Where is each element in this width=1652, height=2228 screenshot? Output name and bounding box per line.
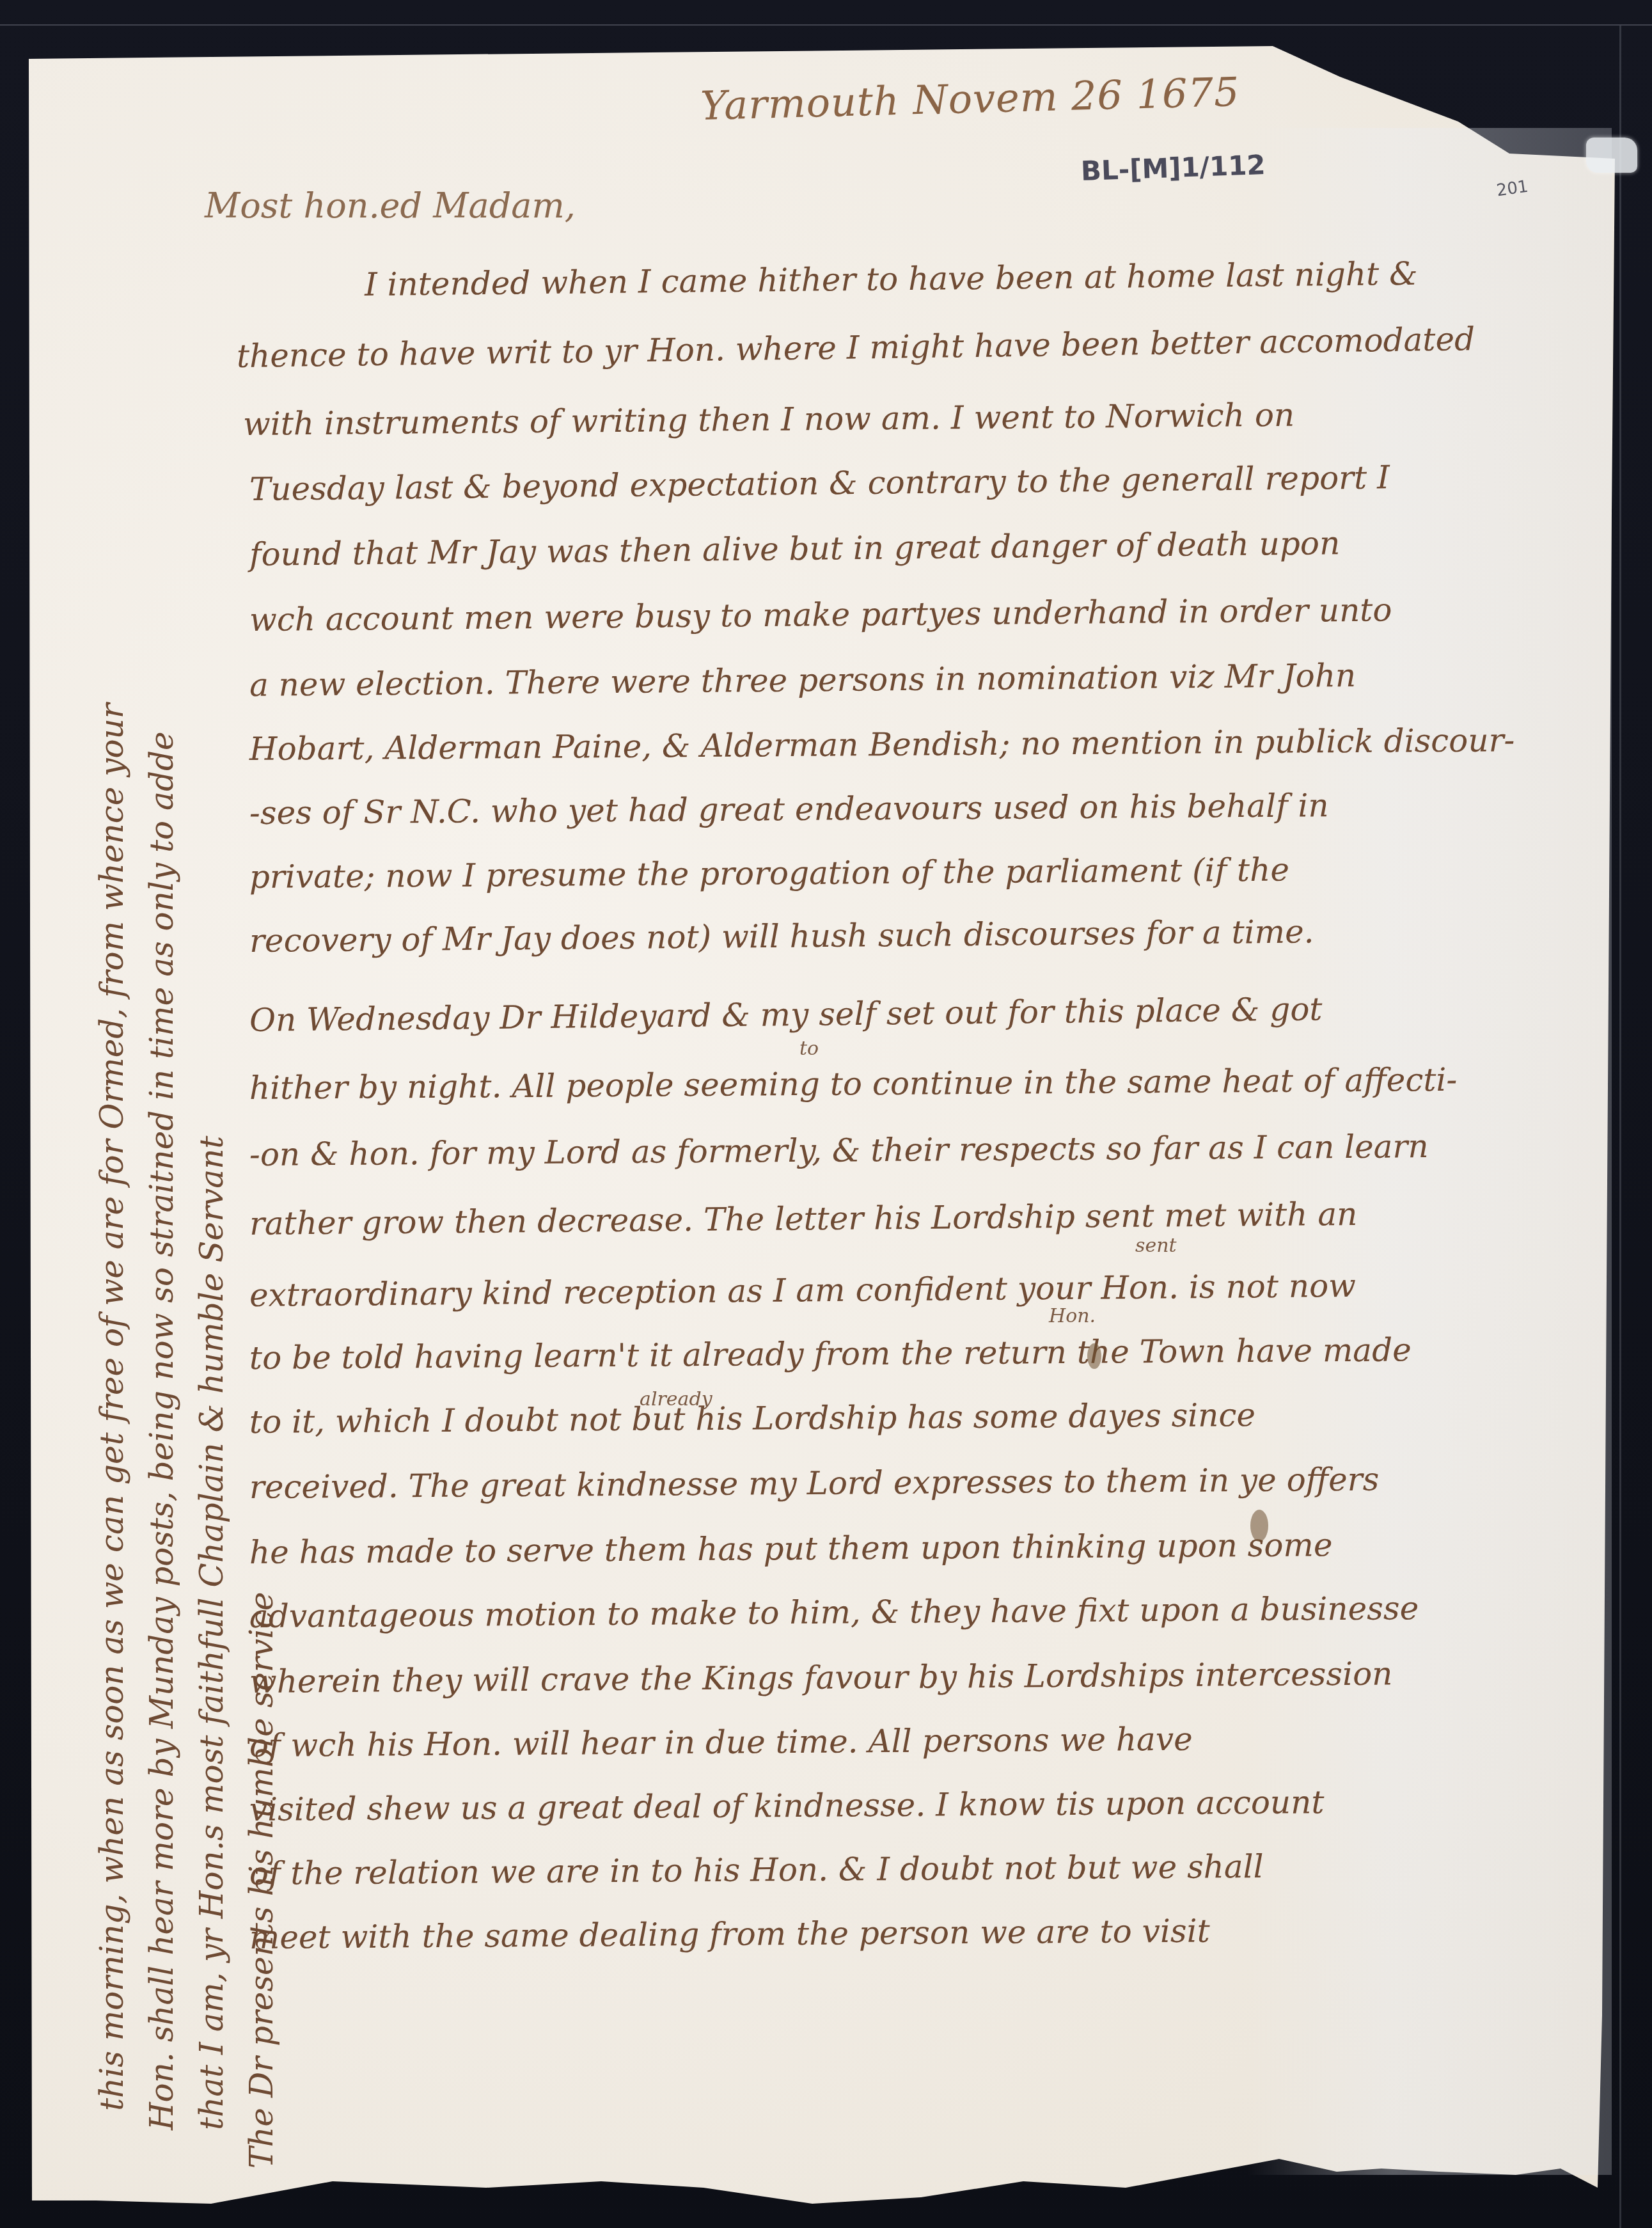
mount-crease-line — [0, 24, 1652, 26]
body-line: advantageous motion to make to him, & th… — [249, 1592, 1419, 1632]
body-line: received. The great kindnesse my Lord ex… — [249, 1464, 1380, 1503]
mount-edge-line — [1619, 26, 1621, 2228]
body-line: of the relation we are in to his Hon. & … — [249, 1851, 1264, 1890]
body-line: private; now I presume the prorogation o… — [249, 854, 1289, 893]
body-line: meet with the same dealing from the pers… — [249, 1915, 1210, 1954]
tissue-repair-patch — [1586, 138, 1637, 173]
margin-line: this morning, when as soon as we can get… — [96, 703, 128, 2111]
body-line: hither by night. All people seeming to c… — [249, 1064, 1458, 1104]
body-line: rather grow then decrease. The letter hi… — [249, 1198, 1358, 1240]
pencil-shelfmark: BL-[M]1/112 — [1080, 149, 1266, 187]
body-line: -ses of Sr N.C. who yet had great endeav… — [249, 789, 1329, 829]
ink-blot — [1250, 1510, 1268, 1542]
body-line: to it, which I doubt not but his Lordshi… — [249, 1399, 1255, 1438]
body-line: to be told having learn't it already fro… — [249, 1334, 1412, 1374]
body-line: extraordinary kind reception as I am con… — [249, 1270, 1356, 1311]
interlinear-insertion: sent — [1135, 1235, 1177, 1257]
body-line: wch account men were busy to make partye… — [249, 594, 1392, 636]
body-line: with instruments of writing then I now a… — [243, 399, 1295, 440]
body-line: he has made to serve them has put them u… — [249, 1529, 1333, 1568]
salutation: Most hon.ed Madam, — [205, 186, 576, 226]
body-line: a new election. There were three persons… — [249, 660, 1357, 701]
ink-blot — [1087, 1343, 1101, 1369]
interlinear-insertion: Hon. — [1049, 1305, 1096, 1327]
margin-postscript: this morning, when as soon as we can get… — [96, 230, 294, 2188]
body-line: -on & hon. for my Lord as formerly, & th… — [249, 1130, 1429, 1171]
margin-line: Hon. shall hear more by Munday posts, be… — [146, 732, 178, 2131]
body-line: of wch his Hon. will hear in due time. A… — [249, 1723, 1193, 1762]
interlinear-insertion: to — [799, 1038, 819, 1060]
margin-line: that I am, yr Hon.s most faithfull Chapl… — [196, 1136, 228, 2130]
body-line: Hobart, Alderman Paine, & Alderman Bendi… — [249, 724, 1515, 765]
interlinear-insertion: already — [640, 1388, 712, 1410]
body-line: visited shew us a great deal of kindness… — [249, 1786, 1325, 1826]
body-line: wherein they will crave the Kings favour… — [249, 1658, 1393, 1698]
body-line: recovery of Mr Jay does not) will hush s… — [249, 915, 1314, 957]
margin-line: The Dr presents his humble service — [246, 1592, 278, 2169]
